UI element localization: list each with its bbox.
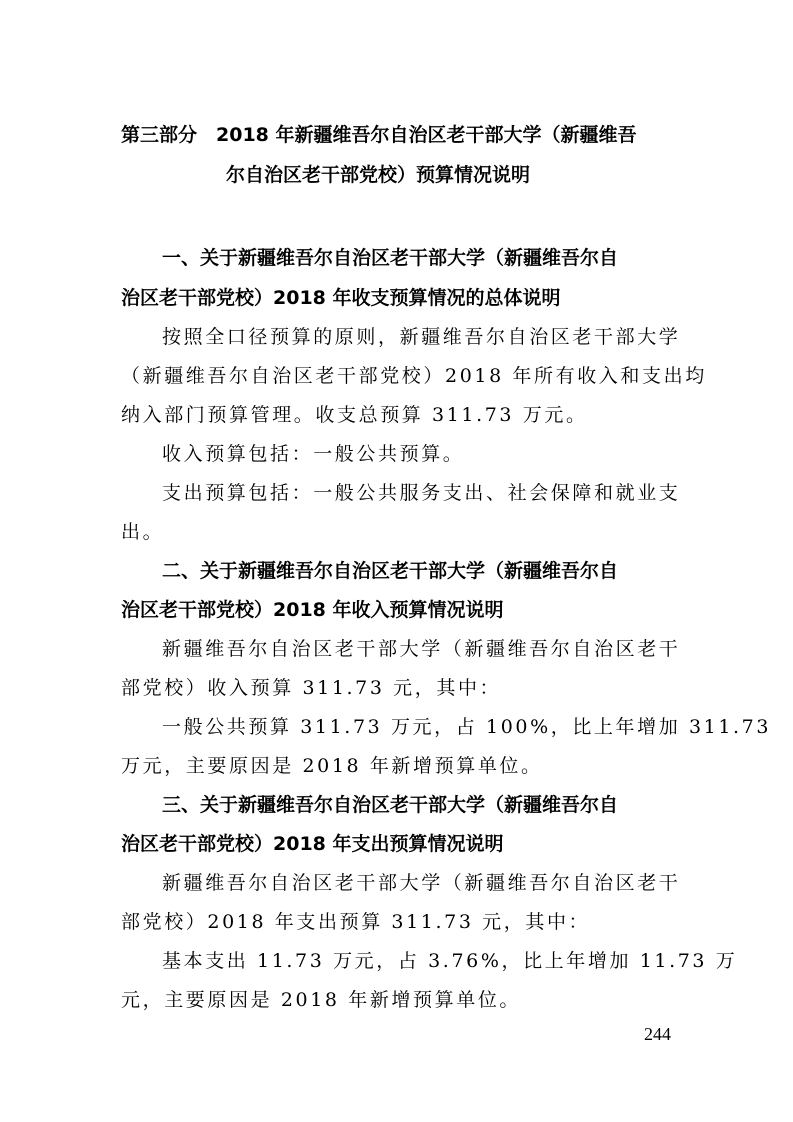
section-3-paragraph-1-line-2: 部党校）2018 年支出预算 311.73 元，其中： (121, 907, 590, 934)
section-1-paragraph-1-line-1: 按照全口径预算的原则，新疆维吾尔自治区老干部大学 (162, 322, 680, 349)
section-1-paragraph-1-line-2: （新疆维吾尔自治区老干部党校）2018 年所有收入和支出均 (121, 361, 707, 388)
section-1-paragraph-3-line-1: 支出预算包括：一般公共服务支出、社会保障和就业支 (162, 478, 680, 505)
section-3-paragraph-1-line-1: 新疆维吾尔自治区老干部大学（新疆维吾尔自治区老干 (162, 868, 680, 895)
section-2-paragraph-1-line-1: 新疆维吾尔自治区老干部大学（新疆维吾尔自治区老干 (162, 634, 680, 661)
section-2-heading-line-1: 二、关于新疆维吾尔自治区老干部大学（新疆维吾尔自 (162, 556, 618, 583)
section-2-heading-line-2: 治区老干部党校）2018 年收入预算情况说明 (121, 595, 504, 622)
section-3-heading-line-1: 三、关于新疆维吾尔自治区老干部大学（新疆维吾尔自 (162, 790, 618, 817)
document-page: 第三部分 2018 年新疆维吾尔自治区老干部大学（新疆维吾 尔自治区老干部党校）… (0, 0, 793, 1122)
document-title-line-2: 尔自治区老干部党校）预算情况说明 (226, 160, 530, 187)
section-1-paragraph-2-line-1: 收入预算包括：一般公共预算。 (162, 439, 464, 466)
page-number: 244 (644, 1024, 671, 1045)
document-title-line-1: 第三部分 2018 年新疆维吾尔自治区老干部大学（新疆维吾 (121, 120, 637, 147)
section-3-paragraph-2-line-2: 元，主要原因是 2018 年新增预算单位。 (121, 985, 521, 1012)
section-1-heading-line-2: 治区老干部党校）2018 年收支预算情况的总体说明 (121, 283, 561, 310)
section-1-paragraph-3-line-2: 出。 (121, 517, 164, 544)
section-3-heading-line-2: 治区老干部党校）2018 年支出预算情况说明 (121, 829, 504, 856)
section-2-paragraph-1-line-2: 部党校）收入预算 311.73 元，其中： (121, 673, 501, 700)
section-2-paragraph-2-line-2: 万元，主要原因是 2018 年新增预算单位。 (121, 751, 543, 778)
section-2-paragraph-2-line-1: 一般公共预算 311.73 万元，占 100%，比上年增加 311.73 (162, 712, 771, 739)
section-3-paragraph-2-line-1: 基本支出 11.73 万元，占 3.76%，比上年增加 11.73 万 (162, 946, 737, 973)
section-1-paragraph-1-line-3: 纳入部门预算管理。收支总预算 311.73 万元。 (121, 400, 588, 427)
section-1-heading-line-1: 一、关于新疆维吾尔自治区老干部大学（新疆维吾尔自 (162, 243, 618, 270)
